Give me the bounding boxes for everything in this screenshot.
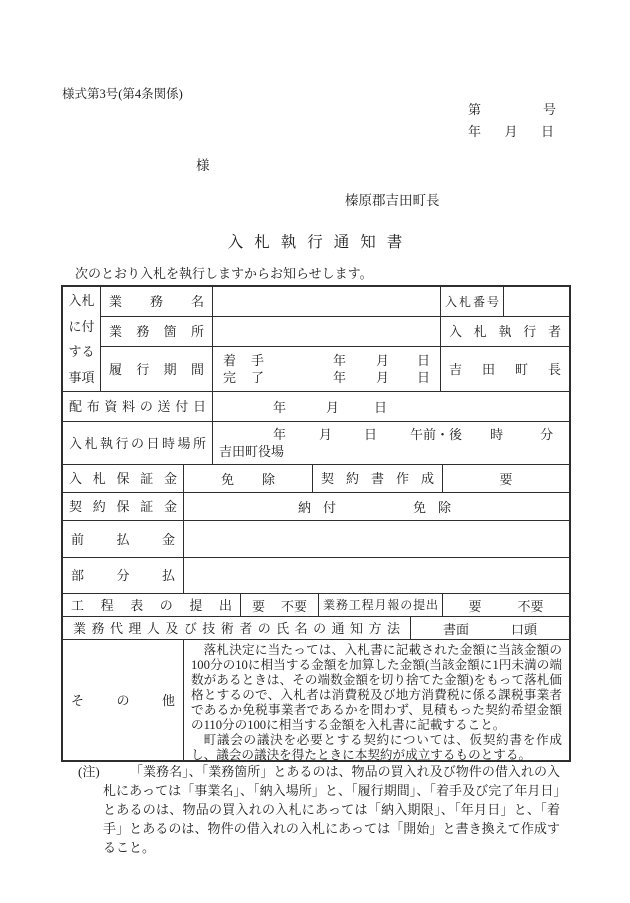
intro-sentence: 次のとおり入札を執行しますからお知らせします。: [62, 263, 373, 282]
document-page: 様式第3号(第4条関係) 第 号 年 月 日 様 榛原郡吉田町長 入札執行通知書…: [0, 0, 630, 903]
field-label-bid-number: 入札番号: [441, 287, 504, 316]
field-value-other: 落札決定に当たっては、入札書に記載された金額に当該金額の100分の10に相当する…: [184, 640, 569, 760]
document-number-line: 第 号: [468, 99, 556, 118]
table-row-schedule-submission: 工程表の提出 要 不要 業務工程月報の提出 要 不要: [63, 594, 569, 617]
other-paragraph-1: 落札決定に当たっては、入札書に記載された金額に当該金額の100分の10に相当する…: [191, 643, 562, 733]
bid-form-table: 入札 に付 する 事項 業務名 入札番号 業: [61, 285, 571, 762]
field-value-contract-doc: 要: [443, 465, 569, 492]
field-label-materials-sent: 配布資料の送付日: [63, 392, 213, 421]
period-month: 月: [376, 371, 389, 384]
field-label-contract-deposit: 契約保証金: [63, 493, 184, 520]
bid-month: 月: [319, 428, 332, 441]
field-value-business-location: [213, 317, 441, 346]
field-label-performance-period: 履行期間: [101, 347, 213, 391]
footnote: (注) 「業務名」、「業務箇所」とあるのは、物品の買入れ及び物件の借入れの入札に…: [78, 762, 560, 857]
table-row-business-name: 業務名 入札番号: [101, 287, 569, 317]
sent-day: 日: [374, 397, 387, 416]
option-menjo: 免除: [413, 497, 463, 516]
period-day: 日: [417, 371, 430, 384]
field-value-notification-method: 書面 口頭: [411, 617, 569, 639]
field-value-partial-payment: [184, 558, 569, 593]
field-label-schedule-submission: 工程表の提出: [63, 594, 241, 616]
date-line: 年 月 日: [468, 121, 554, 140]
field-label-bid-datetime: 入札執行の日時場所: [63, 422, 213, 464]
field-value-schedule-submission: 要 不要: [241, 594, 319, 616]
option-koto: 口頭: [511, 619, 537, 638]
table-row-partial-payment: 部分払: [63, 558, 569, 594]
field-value-bid-number: [504, 287, 569, 316]
date-day: 日: [541, 121, 554, 140]
field-value-contract-deposit: 納付 免除: [184, 493, 569, 520]
option-yo: 要: [468, 596, 481, 615]
field-label-advance-payment: 前払金: [63, 521, 184, 557]
document-title: 入札執行通知書: [0, 230, 630, 252]
table-row-business-location: 業務箇所 入札執行者: [101, 317, 569, 347]
period-end-line: 完了 年 月 日: [223, 371, 430, 384]
doc-number-prefix: 第: [468, 99, 481, 118]
sender-name: 榛原郡吉田町長: [345, 189, 440, 209]
field-value-performance-period: 着手 年 月 日 完了 年 月 日: [213, 347, 441, 391]
table-row-other: その他 落札決定に当たっては、入札書に記載された金額に当該金額の100分の10に…: [63, 640, 569, 760]
field-value-monthly-report: 要 不要: [443, 594, 569, 616]
period-day: 日: [417, 354, 430, 367]
date-year: 年: [468, 121, 481, 140]
bid-place: 吉田町役場: [219, 445, 284, 458]
field-value-business-name: [213, 287, 441, 316]
table-row-bid-deposit: 入札保証金 免除 契約書作成 要: [63, 465, 569, 493]
period-start-line: 着手 年 月 日: [223, 354, 430, 367]
side-label-line: 入札: [68, 294, 94, 307]
option-fuyo: 不要: [518, 596, 544, 615]
footnote-marker: (注): [78, 762, 103, 857]
bid-year: 年: [273, 428, 286, 441]
footnote-text: 「業務名」、「業務箇所」とあるのは、物品の買入れ及び物件の借入れの入札にあっては…: [103, 762, 560, 857]
addressee-suffix: 様: [196, 154, 210, 174]
side-label-line: 事項: [68, 371, 94, 384]
bid-day: 日: [364, 428, 377, 441]
bid-minute: 分: [540, 428, 553, 441]
option-yo: 要: [252, 596, 265, 615]
bid-place-line: 吉田町役場: [219, 445, 563, 458]
period-start-label: 着手: [223, 354, 279, 367]
field-value-bid-deposit: 免除: [184, 465, 313, 492]
datetime-line: 年 月 日 午前・後 時 分: [219, 428, 563, 441]
field-label-other: その他: [63, 640, 184, 760]
field-value-bid-executor-name: 吉田町長: [441, 347, 569, 391]
table-row-materials-sent: 配布資料の送付日 年 月 日: [63, 392, 569, 422]
field-label-partial-payment: 部分払: [63, 558, 184, 593]
date-month: 月: [504, 121, 517, 140]
field-label-business-name: 業務名: [101, 287, 213, 316]
table-row-bid-datetime: 入札執行の日時場所 年 月 日 午前・後 時 分 吉田町役場: [63, 422, 569, 465]
field-label-bid-executor: 入札執行者: [441, 317, 569, 346]
sent-year: 年: [273, 397, 286, 416]
table-row-advance-payment: 前払金: [63, 521, 569, 558]
field-label-contract-doc: 契約書作成: [313, 465, 443, 492]
field-label-monthly-report: 業務工程月報の提出: [319, 594, 443, 616]
table-row-notification-method: 業務代理人及び技術者の氏名の通知方法 書面 口頭: [63, 617, 569, 640]
field-value-advance-payment: [184, 521, 569, 557]
option-shomen: 書面: [443, 619, 469, 638]
doc-number-suffix: 号: [543, 99, 556, 118]
side-label-line: に付: [68, 320, 94, 333]
sent-month: 月: [326, 397, 339, 416]
side-label-bid-matters: 入札 に付 する 事項: [63, 287, 101, 391]
table-row-contract-deposit: 契約保証金 納付 免除: [63, 493, 569, 521]
option-fuyo: 不要: [281, 596, 307, 615]
period-month: 月: [376, 354, 389, 367]
period-year: 年: [333, 371, 346, 384]
table-row-bid-matters-group: 入札 に付 する 事項 業務名 入札番号 業: [63, 287, 569, 392]
side-label-line: する: [68, 345, 94, 358]
field-label-business-location: 業務箇所: [101, 317, 213, 346]
field-value-materials-sent: 年 月 日: [213, 392, 569, 421]
other-paragraph-2: 町議会の議決を必要とする契約については、仮契約書を作成し、議会の議決を得たときに…: [191, 733, 562, 763]
field-label-notification-method: 業務代理人及び技術者の氏名の通知方法: [63, 617, 411, 639]
bid-hour: 時: [490, 428, 503, 441]
field-label-bid-deposit: 入札保証金: [63, 465, 184, 492]
table-row-performance-period: 履行期間 着手 年 月 日 完了 年: [101, 347, 569, 391]
bid-ampm: 午前・後: [410, 428, 462, 441]
option-nofu: 納付: [298, 497, 348, 516]
period-year: 年: [333, 354, 346, 367]
form-id: 様式第3号(第4条関係): [62, 84, 183, 102]
period-end-label: 完了: [223, 371, 279, 384]
field-value-bid-datetime: 年 月 日 午前・後 時 分 吉田町役場: [213, 422, 569, 464]
